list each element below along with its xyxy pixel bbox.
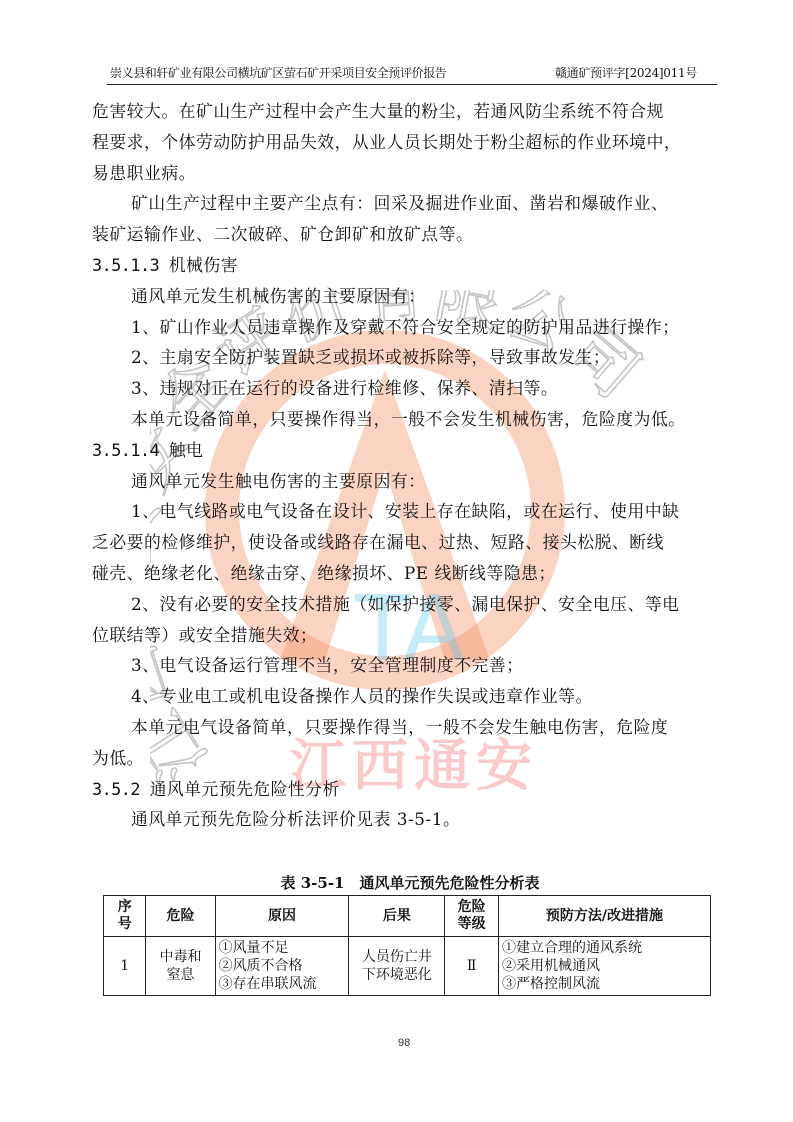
paragraph-line: 程要求，个体劳动防护用品失效，从业人员长期处于粉尘超标的作业环境中，	[92, 127, 722, 158]
col-header-level: 危险等级	[445, 896, 499, 937]
table-row: 1 中毒和窒息 ①风量不足②风质不合格③存在串联风流 人员伤亡井下环境恶化 Ⅱ …	[104, 937, 711, 996]
table-header-row: 序号 危险 原因 后果 危险等级 预防方法/改进措施	[104, 896, 711, 937]
paragraph-line: 乏必要的检修维护，使设备或线路存在漏电、过热、短路、接头松脱、断线	[92, 527, 722, 558]
doc-number: 赣通矿预评字[2024]011号	[555, 64, 697, 81]
col-header-consequence: 后果	[349, 896, 445, 937]
document-body: 危害较大。在矿山生产过程中会产生大量的粉尘，若通风防尘系统不符合规 程要求，个体…	[92, 96, 722, 835]
cell-measures: ①建立合理的通风系统②采用机械通风③严格控制风流	[498, 937, 710, 996]
paragraph-line: 通风单元预先危险分析法评价见表 3-5-1。	[92, 804, 722, 835]
paragraph-line: 易患职业病。	[92, 158, 722, 189]
page-number: 98	[398, 1037, 410, 1049]
section-number: 3.5.1.3	[92, 255, 159, 275]
list-item: 2、没有必要的安全技术措施（如保护接零、漏电保护、安全电压、等电	[92, 589, 722, 620]
paragraph-line: 为低。	[92, 743, 722, 774]
list-item: 1、矿山作业人员违章操作及穿戴不符合安全规定的防护用品进行操作；	[92, 312, 722, 343]
report-title: 崇义县和轩矿业有限公司横坑矿区萤石矿开采项目安全预评价报告	[110, 64, 446, 81]
pha-table: 序号 危险 原因 后果 危险等级 预防方法/改进措施 1 中毒和窒息 ①风量不足…	[103, 895, 711, 996]
col-header-hazard: 危险	[146, 896, 215, 937]
paragraph-line: 本单元设备简单，只要操作得当，一般不会发生机械伤害，危险度为低。	[92, 404, 722, 435]
cell-consequence: 人员伤亡井下环境恶化	[349, 937, 445, 996]
section-heading-3-5-2: 3.5.2 通风单元预先危险性分析	[92, 774, 722, 805]
section-heading-3-5-1-4: 3.5.1.4 触电	[92, 435, 722, 466]
page-header: 崇义县和轩矿业有限公司横坑矿区萤石矿开采项目安全预评价报告 赣通矿预评字[202…	[107, 62, 717, 85]
section-title: 机械伤害	[169, 255, 238, 275]
list-item: 4、专业电工或机电设备操作人员的操作失误或违章作业等。	[92, 681, 722, 712]
col-header-no: 序号	[104, 896, 146, 937]
paragraph-line: 位联结等）或安全措施失效；	[92, 620, 722, 651]
col-header-measures: 预防方法/改进措施	[498, 896, 710, 937]
cell-no: 1	[104, 937, 146, 996]
list-item: 3、电气设备运行管理不当，安全管理制度不完善；	[92, 650, 722, 681]
paragraph-line: 碰壳、绝缘老化、绝缘击穿、绝缘损坏、PE 线断线等隐患；	[92, 558, 722, 589]
section-number: 3.5.1.4	[92, 440, 159, 460]
cell-level: Ⅱ	[445, 937, 499, 996]
section-title: 触电	[169, 440, 204, 460]
paragraph-line: 通风单元发生触电伤害的主要原因有：	[92, 466, 722, 497]
paragraph-line: 危害较大。在矿山生产过程中会产生大量的粉尘，若通风防尘系统不符合规	[92, 96, 722, 127]
paragraph-line: 装矿运输作业、二次破碎、矿仓卸矿和放矿点等。	[92, 219, 722, 250]
paragraph-line: 通风单元发生机械伤害的主要原因有：	[92, 281, 722, 312]
cell-causes: ①风量不足②风质不合格③存在串联风流	[215, 937, 349, 996]
section-heading-3-5-1-3: 3.5.1.3 机械伤害	[92, 250, 722, 281]
paragraph-line: 本单元电气设备简单，只要操作得当，一般不会发生触电伤害，危险度	[92, 712, 722, 743]
list-item: 1、电气线路或电气设备在设计、安装上存在缺陷，或在运行、使用中缺	[92, 496, 722, 527]
list-item: 2、主扇安全防护装置缺乏或损坏或被拆除等，导致事故发生；	[92, 342, 722, 373]
table-caption: 表 3-5-1 通风单元预先危险性分析表	[110, 872, 710, 893]
section-number: 3.5.2	[92, 779, 140, 799]
cell-hazard: 中毒和窒息	[146, 937, 215, 996]
section-title: 通风单元预先危险性分析	[150, 779, 340, 799]
list-item: 3、违规对正在运行的设备进行检维修、保养、清扫等。	[92, 373, 722, 404]
paragraph-line: 矿山生产过程中主要产尘点有：回采及掘进作业面、凿岩和爆破作业、	[92, 188, 722, 219]
col-header-cause: 原因	[215, 896, 349, 937]
